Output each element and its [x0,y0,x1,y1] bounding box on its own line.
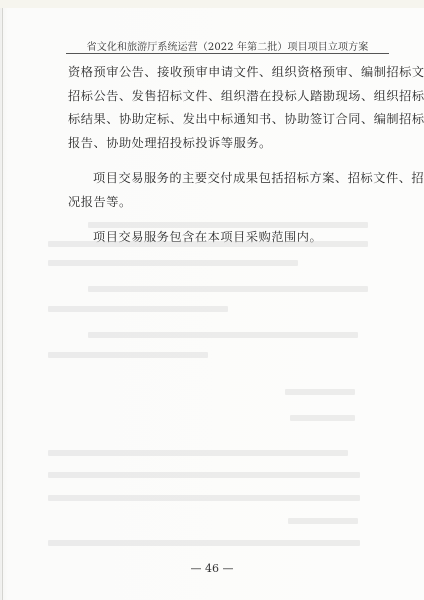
scanned-page: 省文化和旅游厅系统运营（2022 年第二批）项目项目立项方案 资格预审公告、接收… [0,0,424,600]
text-line: 项目交易服务的主要交付成果包括招标方案、招标文件、招标投标情 [68,167,386,191]
text-line: 报告、协助处理招投标投诉等服务。 [68,132,386,156]
text-line: 招标公告、发售招标文件、组织潜在投标人踏勘现场、组织招标、公示评 [68,85,386,109]
text-line: 标结果、协助定标、发出中标通知书、协助签订合同、编制招标投标情况 [68,108,386,132]
scan-top-edge [0,0,424,8]
paragraph-1: 资格预审公告、接收预审申请文件、组织资格预审、编制招标文件、发布 招标公告、发售… [68,61,386,155]
paragraph-2: 项目交易服务的主要交付成果包括招标方案、招标文件、招标投标情 况报告等。 [68,167,386,214]
text-line: 况报告等。 [68,191,386,215]
running-header: 省文化和旅游厅系统运营（2022 年第二批）项目项目立项方案 [66,38,389,53]
paragraph-spacing [68,155,386,167]
page-number: — 46 — [0,562,424,575]
header-divider [66,53,389,54]
scan-left-edge [2,8,3,600]
text-line: 资格预审公告、接收预审申请文件、组织资格预审、编制招标文件、发布 [68,61,386,85]
